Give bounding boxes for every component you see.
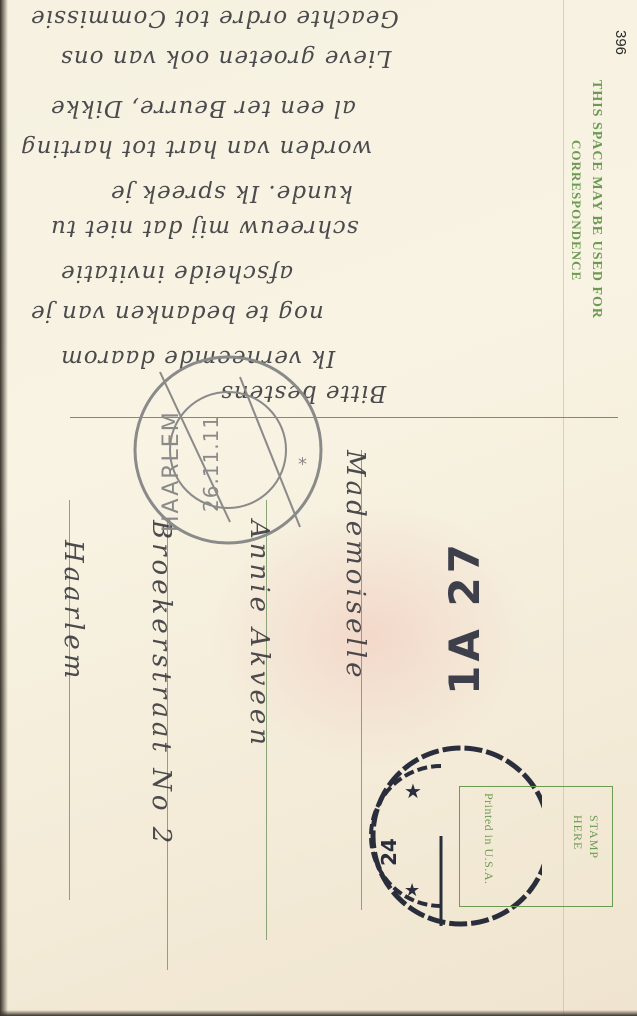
handwriting-line: Geachte ordre tot Commissie <box>30 5 399 31</box>
handwriting-line: al een ter Beurre, Dikke <box>50 95 356 121</box>
postcard-back: 396 THIS SPACE MAY BE USED FOR CORRESPON… <box>0 0 637 1016</box>
postmark-town: HAARLEM <box>159 410 184 532</box>
handwriting-line: nog te bedanken van je <box>30 300 324 326</box>
postmark-day: 24 <box>377 838 401 866</box>
postmark-date: 26.11.11 <box>199 415 223 512</box>
handwriting-line: Lieve groeten ook van ons <box>60 45 392 71</box>
printer-note: Printed in U.S.A. <box>481 793 496 885</box>
correspondence-heading-line1: THIS SPACE MAY BE USED FOR <box>588 80 604 319</box>
postmark-haarlem: HAARLEM 26.11.11 * <box>130 352 326 548</box>
address-line-1: Mademoiselle <box>340 450 370 682</box>
address-line-3: Broekerstraat No 2 <box>146 520 176 847</box>
arrival-stamp: 1A 27 <box>440 540 489 695</box>
address-line-2: Annie Akveen <box>244 520 274 749</box>
stamp-label-line1: STAMP <box>587 815 601 859</box>
star-icon: * <box>298 454 307 475</box>
correspondence-heading-line2: CORRESPONDENCE <box>568 140 584 281</box>
handwriting-line: afscheide invitatie <box>60 260 293 286</box>
handwriting-line: worden van hart tot harting <box>20 135 372 161</box>
handwriting-line: schreeuw mij dat niet tu <box>50 215 359 241</box>
star-icon: ★ <box>404 779 422 803</box>
handwriting-line: kunde. Ik spreek je <box>110 180 353 206</box>
stamp-label-line2: HERE <box>571 815 585 850</box>
address-line-4: Haarlem <box>58 540 88 682</box>
catalog-number: 396 <box>612 30 629 55</box>
star-icon: ★ <box>404 880 420 901</box>
stamp-here-label: STAMP HERE <box>570 815 602 859</box>
